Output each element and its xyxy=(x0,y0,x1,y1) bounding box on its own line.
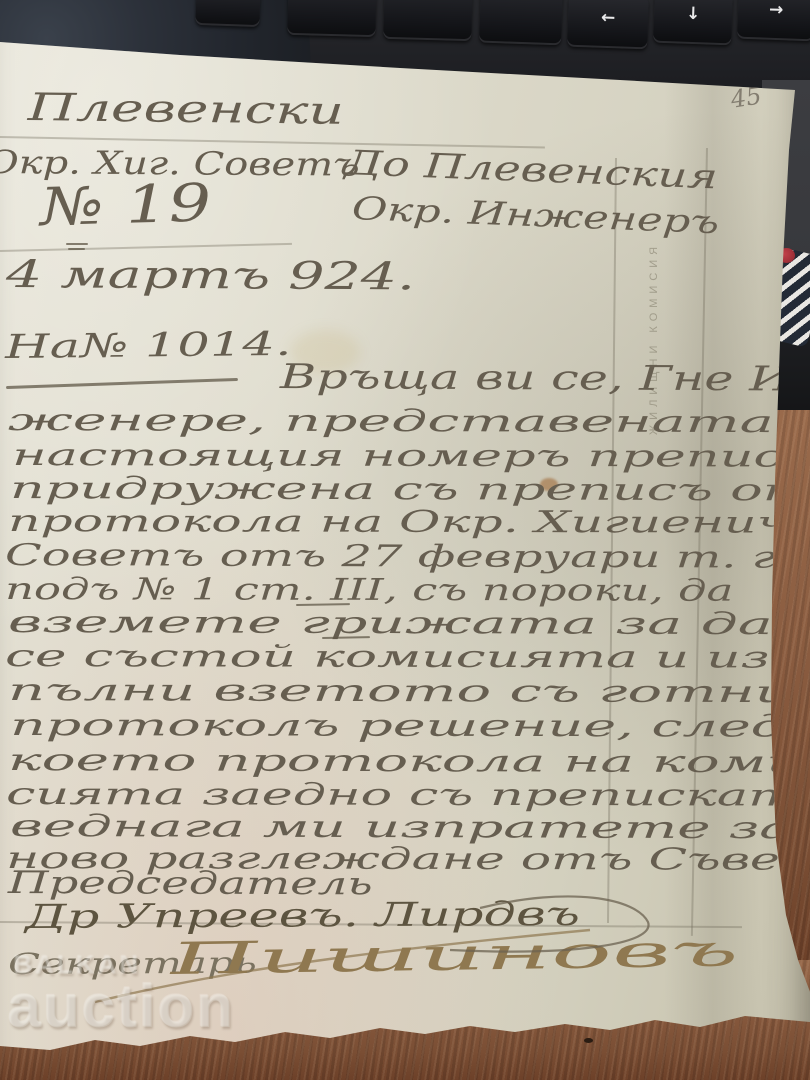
recipient-line-1: До Плевенския xyxy=(344,146,719,194)
key-blank-3[interactable] xyxy=(383,0,472,41)
body-line-9: се състой комисията и из- xyxy=(5,642,788,674)
sender-number: № 19 xyxy=(39,177,213,234)
sender-line-1: Плевенски xyxy=(28,88,345,130)
body-line-11: протоколъ решение, следъ xyxy=(10,711,810,743)
body-line-6: Советъ отъ 27 февруари т. г. xyxy=(5,541,792,574)
key-blank-1[interactable] xyxy=(195,0,260,27)
body-line-2: женере, представената съ xyxy=(8,406,810,438)
number-underline-1 xyxy=(66,243,88,245)
arrow-left-icon: ← xyxy=(601,8,616,28)
paper-document: ЖИЛИЩНИ КОМИСИЯ Плевенски Окр. Хиг. Сове… xyxy=(0,0,810,1080)
body-line-8: вземете грижата за да xyxy=(8,608,773,640)
key-blank-2[interactable] xyxy=(287,0,376,37)
body-line-13: сията заедно съ преписката xyxy=(6,780,810,812)
reference-underline xyxy=(6,378,238,389)
arrow-down-key[interactable]: ↓ xyxy=(653,0,733,45)
arrow-left-key[interactable]: ← xyxy=(567,0,649,49)
president-signature: Др Упреевъ. Лирдвъ xyxy=(25,897,580,933)
body-line-10: пълни взетото съ готния xyxy=(8,676,810,708)
date-line: 4 мартъ 924. xyxy=(6,255,416,295)
desk-speck xyxy=(584,1038,593,1043)
body-line-14: веднага ми изпратете за xyxy=(10,812,793,844)
body-line-7: подъ № 1 ст. III, съ пороки, да xyxy=(5,575,734,607)
body-line-4: придружена съ преписъ отъ xyxy=(10,474,810,506)
arrow-right-key[interactable]: → xyxy=(737,0,810,41)
reference-number: На№ 1014. xyxy=(5,327,292,363)
arrow-right-icon: → xyxy=(769,0,784,20)
body-line-12: което протокола на коми- xyxy=(8,746,810,778)
secretary-signature: Пишиновъ xyxy=(168,929,740,982)
recipient-line-2: Окр. Инженеръ xyxy=(351,192,720,238)
photo-scene: ← ↓ → ЖИЛИЩНИ КОМИСИЯ Плевенски Окр. Хиг… xyxy=(0,0,810,1080)
arrow-down-icon: ↓ xyxy=(686,4,701,24)
body-line-1: Връща ви се, Гне Ин- xyxy=(280,360,810,397)
printed-rule-date xyxy=(0,243,292,252)
body-line-5: протокола на Окр. Хигиенич. xyxy=(8,507,804,539)
number-underline-2 xyxy=(68,248,85,250)
key-blank-4[interactable] xyxy=(479,0,563,45)
body-line-3: настоящия номеръ преписка, xyxy=(12,441,810,473)
